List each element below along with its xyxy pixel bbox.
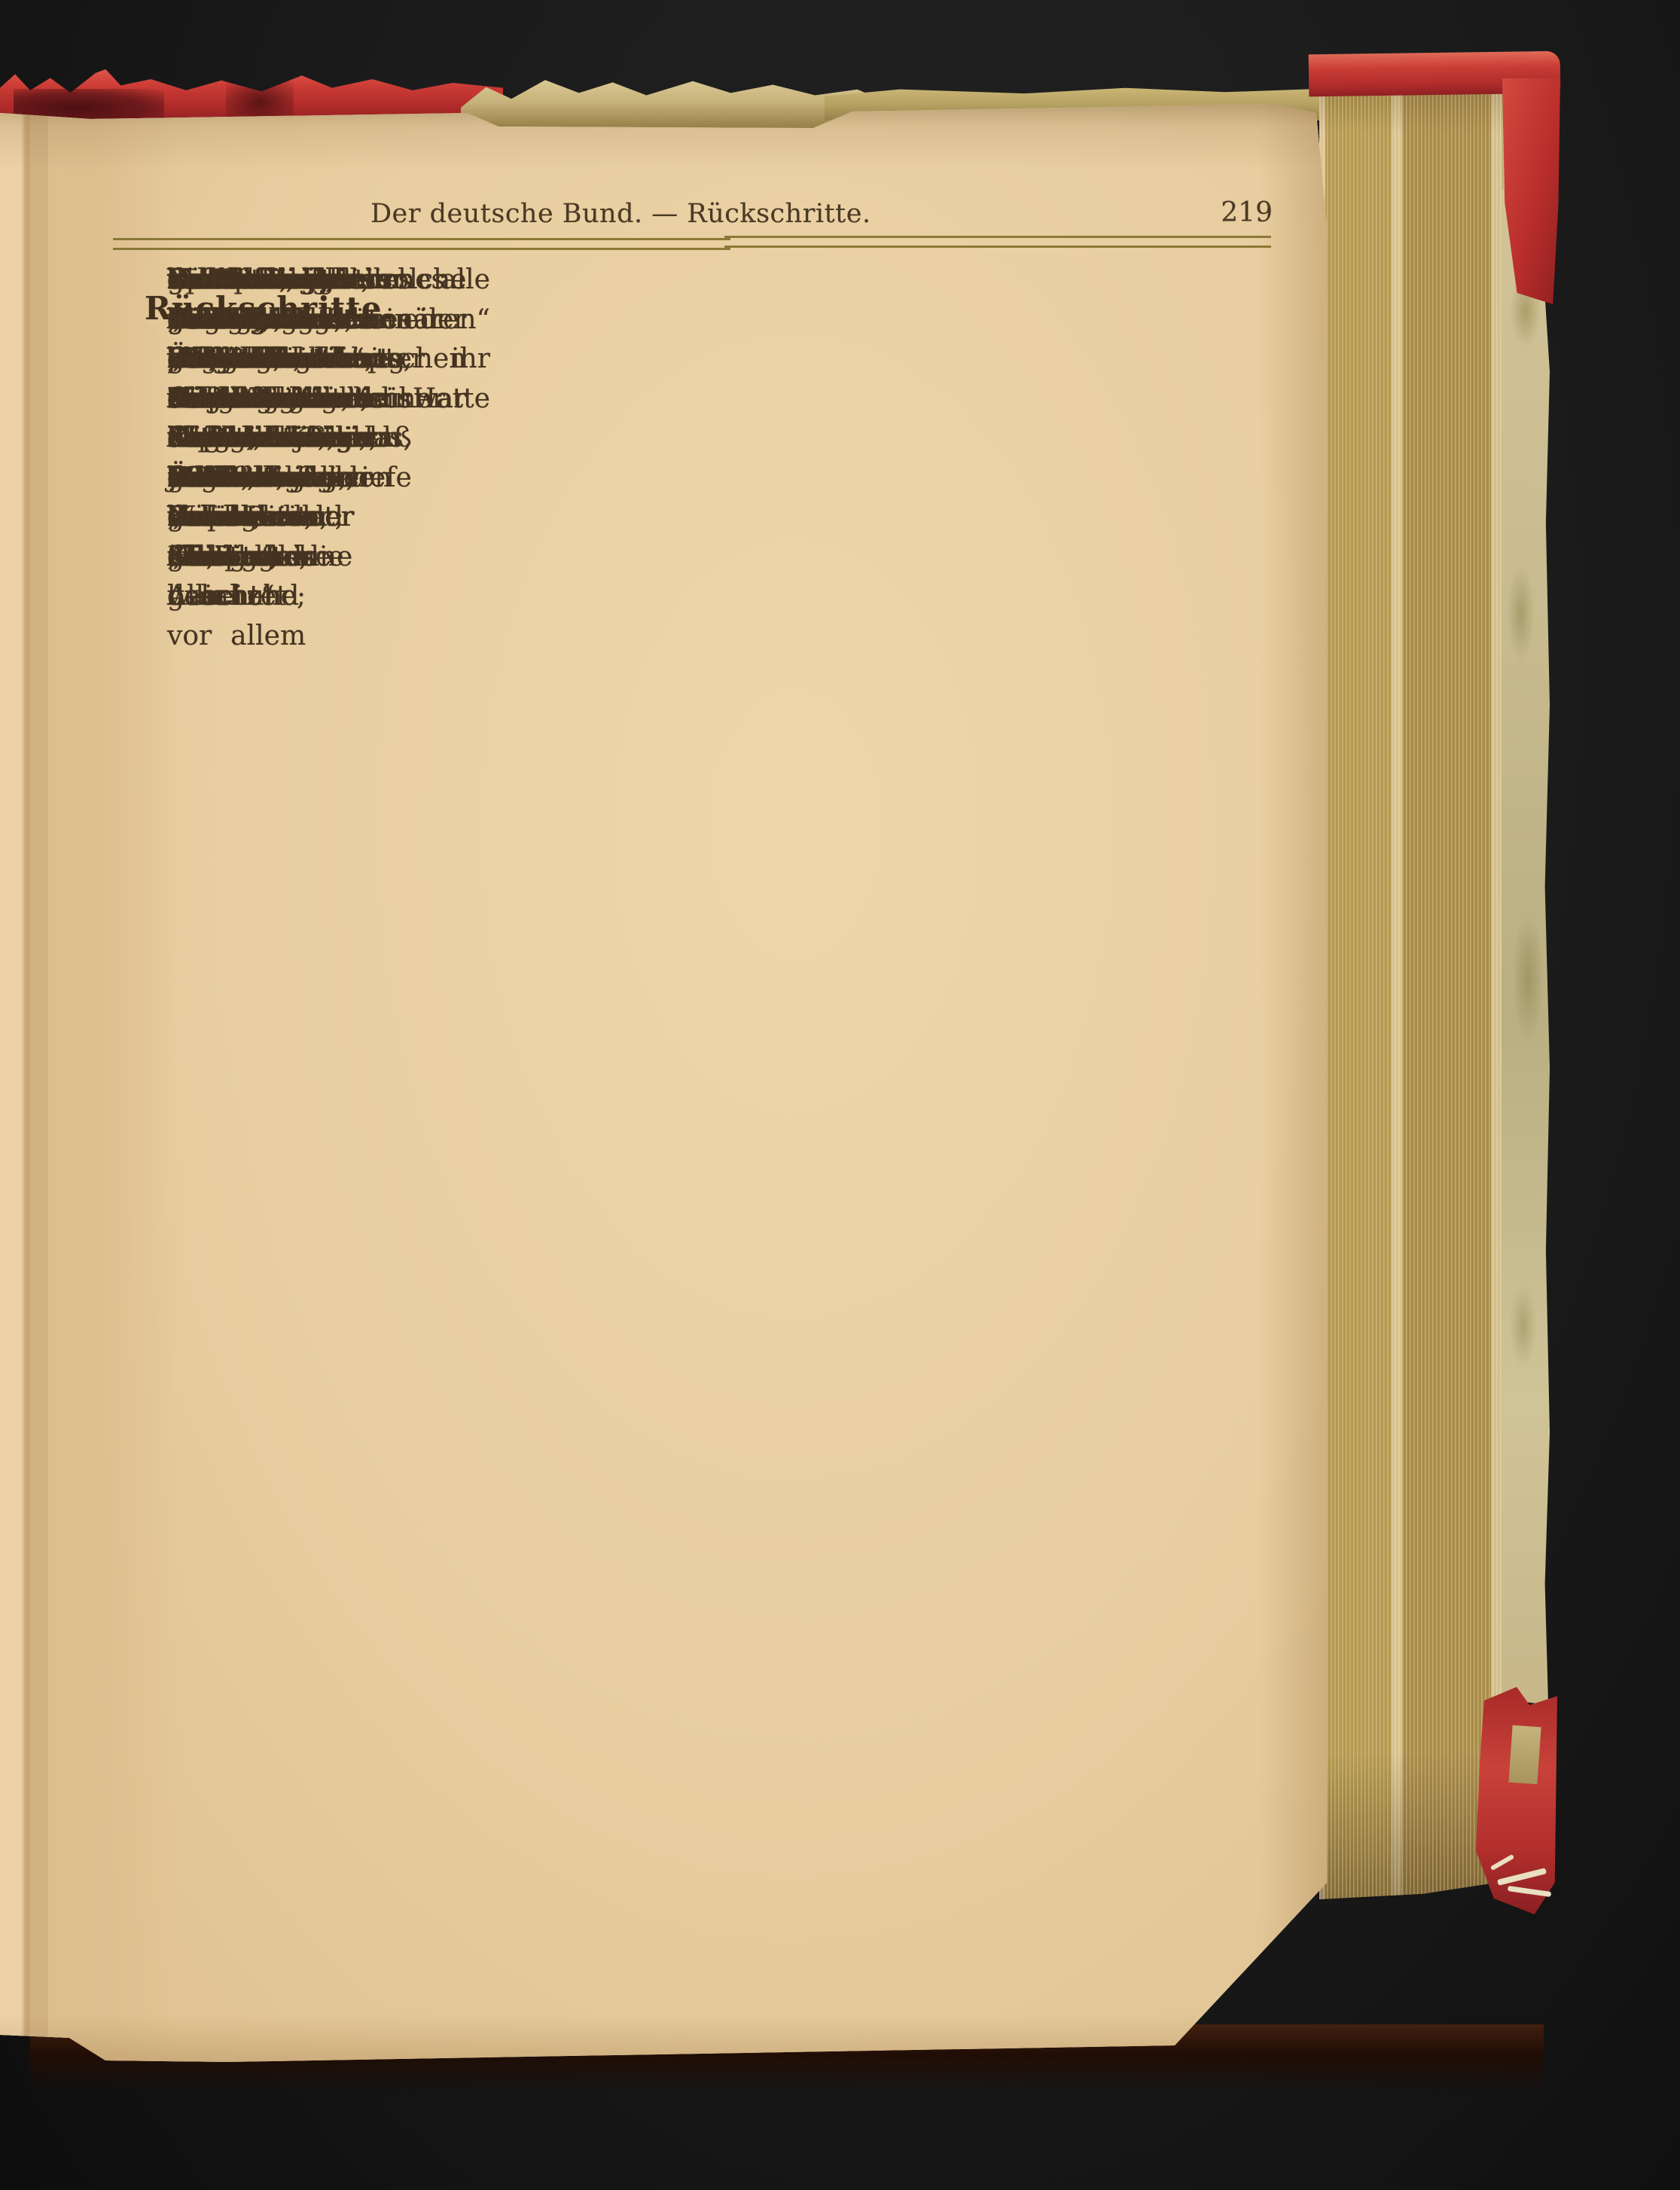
worn-tape-strip bbox=[1502, 190, 1550, 1705]
scanned-book-photo: Der deutsche Bund. — Rückschritte. 219 G… bbox=[0, 0, 1680, 2190]
page-right-shading bbox=[1259, 66, 1327, 2066]
page-number: 219 bbox=[1221, 197, 1273, 228]
text-line: andere war gleichgültig: im Bunde mit de… bbox=[167, 261, 342, 538]
torn-paper-tab bbox=[1508, 1725, 1541, 1784]
running-header-title: Der deutsche Bund. — Rückschritte. bbox=[370, 199, 898, 229]
header-double-rule-right bbox=[724, 236, 1271, 248]
crumpled-spine-paper bbox=[461, 75, 883, 134]
fore-edge-page-stack bbox=[1319, 65, 1508, 1899]
gutter-fold-shadow bbox=[0, 66, 196, 2066]
header-double-rule-left bbox=[113, 238, 730, 250]
